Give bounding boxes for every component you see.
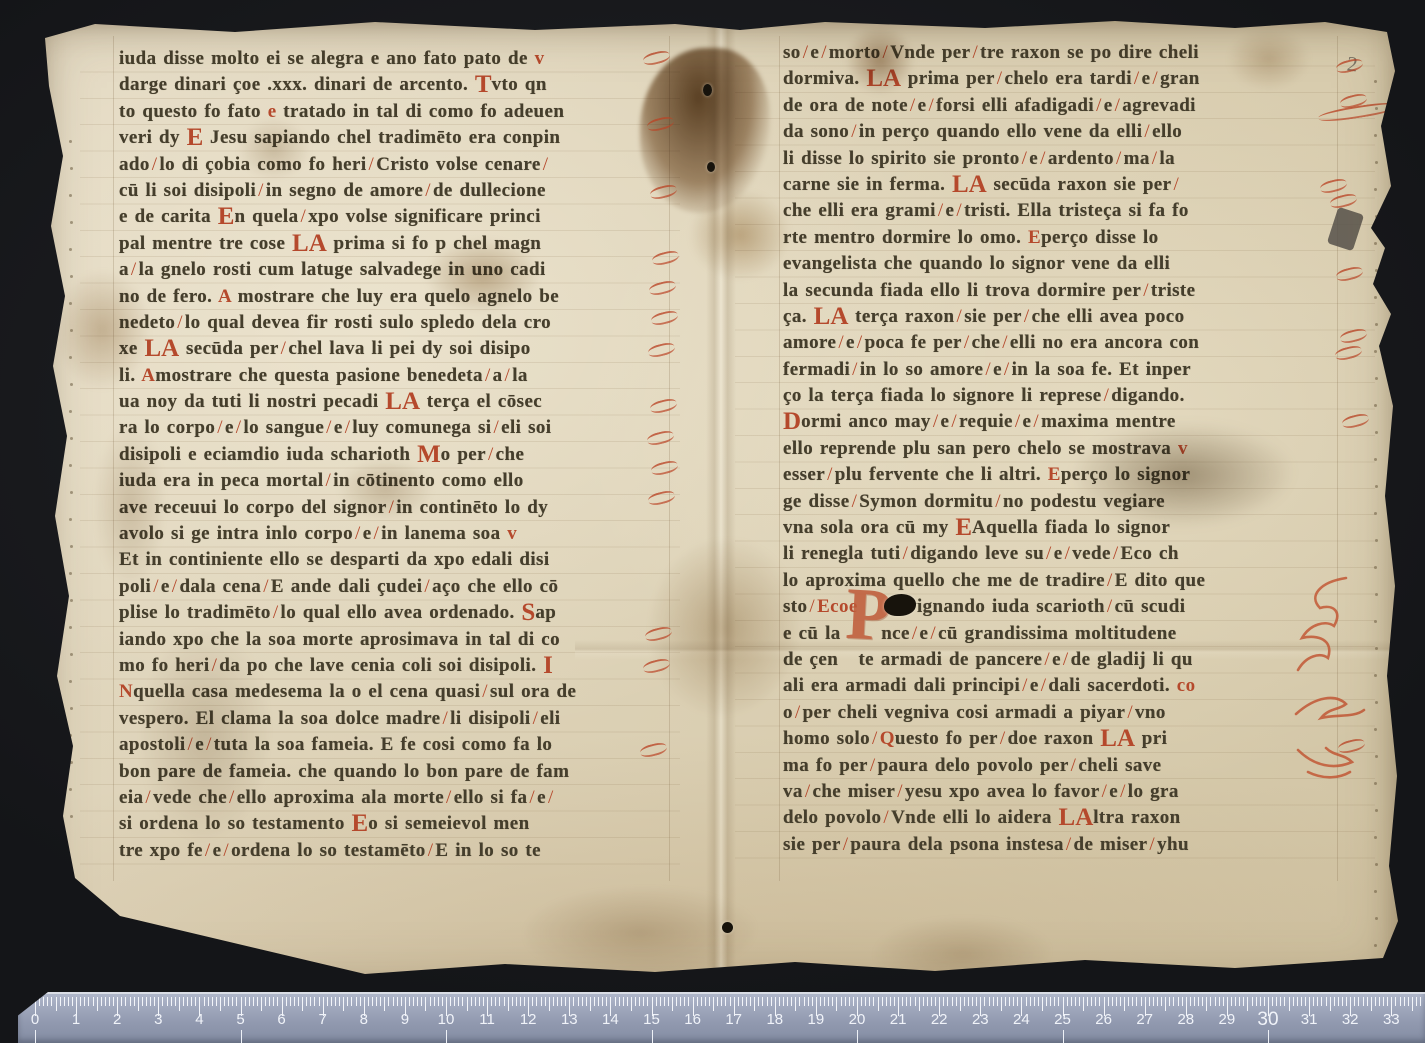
ruler-tick (1095, 997, 1096, 1006)
red-virgule: / (488, 444, 494, 465)
red-virgule: / (1033, 411, 1039, 432)
ink-text: elli no era ancora con (1010, 332, 1199, 353)
red-virgule: / (1066, 834, 1072, 855)
ruler-tick (393, 997, 394, 1006)
ink-text: disipoli e eciamdio iuda scharioth (119, 444, 417, 465)
ruler-label: 25 (1046, 1011, 1080, 1028)
ink-text: che miser (813, 781, 896, 802)
text-line: no de fero. A mostrare che luy era quelo… (119, 284, 675, 310)
ruler-tick (1289, 997, 1290, 1011)
ruler-tick (812, 997, 813, 1006)
ruler-tick (253, 997, 254, 1006)
ruler-tick (688, 997, 689, 1006)
wormhole (703, 84, 712, 96)
ruler-tick (684, 997, 685, 1006)
text-line: darge dinari çoe .xxx. dinari de arcento… (119, 72, 675, 98)
ruler-tick (656, 997, 657, 1006)
ruler-tick (1256, 997, 1257, 1006)
ink-text: vede (1072, 543, 1111, 564)
red-initial: S (521, 599, 535, 626)
ruler-label: 12 (511, 1011, 545, 1028)
ruler-tick (1206, 997, 1207, 1011)
red-virgule: / (1000, 728, 1006, 749)
red-virgule: / (883, 807, 889, 828)
ruler-tick (97, 997, 98, 1011)
ruler-tick (1198, 997, 1199, 1006)
pricking-hole (69, 518, 72, 521)
red-virgule: / (1152, 148, 1158, 169)
ruler-tick (754, 997, 755, 1011)
ruler-tick (1157, 997, 1158, 1006)
pricking-hole (1374, 404, 1377, 407)
ruler-tick (742, 997, 743, 1006)
ink-text: Vnde per (890, 42, 970, 63)
pricking-hole (1375, 161, 1378, 164)
ruler-tick (853, 997, 854, 1006)
ruler-label: 20 (840, 1011, 874, 1028)
ruler-tick (298, 997, 299, 1006)
ink-text: vto qn (492, 74, 547, 95)
ruler-tick (277, 997, 278, 1006)
ruler-label: 21 (881, 1011, 915, 1028)
red-virgule: / (425, 180, 431, 201)
ruler-tick (1054, 997, 1055, 1006)
ink-text: maxima mentre (1041, 411, 1176, 432)
ruler-label: 9 (388, 1011, 422, 1028)
ruler-tick (1108, 997, 1109, 1006)
ruler-tick (1400, 997, 1401, 1006)
ink-text: digando leve su (910, 543, 1044, 564)
ruler-tick (832, 997, 833, 1006)
ink-text: tuta la soa fameia. E fe cosi como fa lo (214, 734, 553, 755)
pricking-hole (70, 545, 73, 548)
pricking-hole (1374, 836, 1377, 839)
red-initial: LA (814, 303, 849, 330)
ink-text: to questo fo fato (119, 101, 268, 122)
ink-text: e (1030, 675, 1039, 696)
ruler-tick (224, 997, 225, 1006)
ruler-tick (125, 997, 126, 1006)
pricking-hole (1375, 323, 1378, 326)
ink-text: ço la terça fiada lo signore li represe (783, 385, 1102, 406)
ruler-tick (64, 997, 65, 1006)
rubricated-text: A (218, 286, 231, 307)
pricking-hole (1374, 890, 1377, 893)
text-line: ça. LA terça raxon/sie per/che elli avea… (783, 304, 1343, 330)
ruler-label: 6 (265, 1011, 299, 1028)
ink-text: agrevadi (1122, 95, 1196, 116)
ruler-tick (1247, 997, 1248, 1011)
text-line: bon pare de fameia. che quando lo bon pa… (119, 759, 675, 785)
ruler-tick (1326, 997, 1327, 1006)
red-virgule: / (153, 576, 159, 597)
red-virgule: / (951, 411, 957, 432)
ink-text: e (363, 523, 372, 544)
ruler-tick (795, 997, 796, 1011)
red-virgule: / (217, 417, 223, 438)
text-line: amore/e/poca fe per/che/elli no era anco… (783, 330, 1343, 356)
ruler-tick (1231, 997, 1232, 1006)
ruler-tick (150, 997, 151, 1006)
pricking-hole (70, 167, 73, 170)
rubricated-text: co (1177, 675, 1196, 696)
ruler-tick (368, 997, 369, 1006)
ruler-tick (1243, 997, 1244, 1006)
ruler-label: 22 (922, 1011, 956, 1028)
rubricated-text: N (119, 681, 133, 702)
ruler-tick (964, 997, 965, 1006)
ink-text: mo fo heri (119, 655, 210, 676)
ink-text: xe (119, 338, 144, 359)
ruler-tick (709, 997, 710, 1006)
ruler-tick (1379, 997, 1380, 1006)
ruler-tick (857, 1030, 858, 1043)
red-virgule: / (852, 359, 858, 380)
ink-text: vespero. El clama la soa dolce madre (119, 708, 440, 729)
pricking-hole (1375, 431, 1378, 434)
red-virgule: / (369, 154, 375, 175)
ruler-tick (372, 997, 373, 1006)
ink-text: apostoli (119, 734, 186, 755)
text-line: Et in continiente ello se desparti da xp… (119, 547, 675, 573)
ruler-tick (804, 997, 805, 1006)
red-virgule: / (1134, 68, 1140, 89)
ruler-label: 11 (470, 1011, 504, 1028)
pricking-hole (69, 410, 72, 413)
ink-text: carne sie in ferma. (783, 174, 952, 195)
ruler-tick (841, 997, 842, 1006)
ruler-tick (730, 997, 731, 1006)
ruler-tick (1063, 1030, 1064, 1043)
ruler-tick (943, 997, 944, 1006)
ruler-tick (397, 997, 398, 1006)
ink-speck (44, 878, 48, 882)
ruler-tick (1034, 997, 1035, 1006)
ink-text: da sono (783, 121, 849, 142)
ruler-tick (602, 997, 603, 1006)
red-virgule: / (972, 42, 978, 63)
text-line: vna sola ora cū my EAquella fiada lo sig… (783, 515, 1343, 541)
text-line: evangelista che quando lo signor vene da… (783, 251, 1343, 277)
red-virgule: / (442, 708, 448, 729)
red-virgule: / (212, 655, 218, 676)
ruler-tick (713, 997, 714, 1011)
text-line: nedeto/lo qual devea fir rosti sulo sple… (119, 310, 675, 336)
ruler-tick (910, 997, 911, 1006)
red-virgule: / (301, 206, 307, 227)
ruler-tick (1383, 997, 1384, 1006)
ruler-tick (1087, 997, 1088, 1006)
red-initial: LA (144, 335, 179, 362)
ink-text: tre raxon se po dire cheli (980, 42, 1199, 63)
ruler-tick (351, 997, 352, 1006)
ruler-tick (1354, 997, 1355, 1006)
ruler-tick (1330, 997, 1331, 1011)
ruler-tick (1371, 997, 1372, 1011)
ink-text: Symon dormitu (859, 491, 993, 512)
ink-text: e (1054, 543, 1063, 564)
pricking-hole (1374, 566, 1377, 569)
ruler-label: 14 (593, 1011, 627, 1028)
ink-text: e (993, 359, 1002, 380)
ruler-tick (1017, 997, 1018, 1006)
ink-text: pal mentre tre cose (119, 233, 292, 254)
ruler-tick (47, 997, 48, 1006)
ink-text: a (493, 365, 503, 386)
ruler-tick (1067, 997, 1068, 1006)
ruler-tick (175, 997, 176, 1006)
ruler-tick (512, 997, 513, 1006)
ink-text: ua noy da tuti li nostri pecadi (119, 391, 385, 412)
ink-text: aço che ello cō (432, 576, 558, 597)
ruler-tick (627, 997, 628, 1006)
ruler-tick (997, 997, 998, 1006)
ink-text: o si semeievol men (368, 813, 529, 834)
text-line: e de carita En quela/xpo volse significa… (119, 204, 675, 230)
ink-text: avolo si ge intra inlo corpo (119, 523, 353, 544)
red-virgule: / (145, 787, 151, 808)
ink-text: la (1159, 148, 1175, 169)
red-virgule: / (903, 543, 909, 564)
ruler-tick (1153, 997, 1154, 1006)
red-virgule: / (821, 42, 827, 63)
ruler-tick (442, 997, 443, 1006)
pricking-hole (69, 356, 72, 359)
ruler-tick (409, 997, 410, 1006)
pricking-hole (1374, 242, 1377, 245)
ink-text: yhu (1157, 834, 1189, 855)
text-line: da sono/in perço quando ello vene da ell… (783, 119, 1343, 145)
ruler-tick (1219, 997, 1220, 1006)
ruler-tick (508, 997, 509, 1011)
ink-text: Et in continiente ello se desparti da xp… (119, 549, 550, 570)
red-virgule: / (1022, 148, 1028, 169)
text-line: va/che miser/yesu xpo avea lo favor/e/lo… (783, 779, 1343, 805)
ink-text: dala cena (179, 576, 261, 597)
ruler-tick (536, 997, 537, 1006)
ruler-tick (1116, 997, 1117, 1006)
pricking-hole (69, 788, 72, 791)
large-initial-p: P (844, 577, 893, 653)
ruler-tick (927, 997, 928, 1006)
ink-text: morto (829, 42, 881, 63)
ruler-tick (35, 1030, 36, 1043)
ink-text: e (213, 840, 222, 861)
text-line: iando xpo che la soa morte aprosimava in… (119, 627, 675, 653)
pricking-hole (70, 383, 73, 386)
ink-text: che elli avea poco (1032, 306, 1185, 327)
red-virgule: / (1015, 411, 1021, 432)
red-virgule: / (1149, 834, 1155, 855)
ruler-tick (869, 997, 870, 1006)
ruler-tick (993, 997, 994, 1006)
ink-text: mostrare che questa pasione benedeta (155, 365, 483, 386)
red-virgule: / (827, 464, 833, 485)
ink-text: e (225, 417, 234, 438)
ruler-tick (783, 997, 784, 1006)
ruler-label: 16 (676, 1011, 710, 1028)
pricking-hole (1374, 458, 1377, 461)
ruler-label: 27 (1128, 1011, 1162, 1028)
text-line: eia/vede che/ello aproxima ala morte/ell… (119, 785, 675, 811)
ink-text: iando xpo che la soa morte aprosimava in… (119, 629, 560, 650)
text-line: vespero. El clama la soa dolce madre/li … (119, 706, 675, 732)
ruler-tick (791, 997, 792, 1006)
text-line: la secunda fiada ello li trova dormire p… (783, 278, 1343, 304)
ruler-tick (162, 997, 163, 1006)
pricking-hole (1374, 512, 1377, 515)
red-initial: LA (1059, 804, 1094, 831)
ruler-tick (1120, 997, 1121, 1006)
ink-text: ordena lo so testamēto (231, 840, 426, 861)
ink-text: la gnelo rosti cum latuge salvadege in u… (139, 259, 546, 280)
ruler-tick (594, 997, 595, 1006)
red-virgule: / (1065, 543, 1071, 564)
ruler-tick (1165, 997, 1166, 1011)
ruler-tick (590, 997, 591, 1011)
ruler-tick (849, 997, 850, 1006)
ink-text: poli (119, 576, 151, 597)
red-virgule: / (263, 576, 269, 597)
text-line: xe LA secūda per/chel lava li pei dy soi… (119, 336, 675, 362)
ruler-tick (1358, 997, 1359, 1006)
red-virgule: / (485, 365, 491, 386)
rubricated-text: v (507, 523, 517, 544)
ruler-tick (212, 997, 213, 1006)
ruler-tick (1297, 997, 1298, 1006)
ruler-tick (294, 997, 295, 1006)
ink-text: e (537, 787, 546, 808)
ink-text: pri (1135, 728, 1167, 749)
ink-text: amore (783, 332, 836, 353)
text-line: li disse lo spirito sie pronto/e/ardento… (783, 146, 1343, 172)
text-line: Dormi anco may/e/requie/e/maxima mentre (783, 409, 1343, 435)
ruler-tick (446, 1030, 447, 1043)
ruler-tick (1141, 997, 1142, 1006)
ink-text: esser (783, 464, 825, 485)
ink-text: e cū la (783, 623, 841, 644)
pricking-hole (70, 599, 73, 602)
pricking-hole (70, 329, 73, 332)
red-virgule: / (236, 417, 242, 438)
pricking-hole (70, 437, 73, 440)
ruler-tick (113, 997, 114, 1006)
ink-text: o (783, 702, 793, 723)
ruler-tick (142, 997, 143, 1006)
ruler-tick (1149, 997, 1150, 1006)
ruler-tick (1321, 997, 1322, 1006)
ruler-tick (327, 997, 328, 1006)
stain (875, 918, 1050, 990)
ink-text: e (1052, 649, 1061, 670)
red-virgule: / (928, 95, 934, 116)
ink-text: in continēto lo dy (396, 497, 548, 518)
ink-text: doe raxon (1008, 728, 1101, 749)
ruler-tick (746, 997, 747, 1006)
red-virgule: / (424, 576, 430, 597)
text-line: apostoli/e/tuta la soa fameia. E fe cosi… (119, 732, 675, 758)
ruler-tick (1210, 997, 1211, 1006)
pricking-hole (69, 680, 72, 683)
text-line: to questo fo fato e tratado in tal di co… (119, 99, 675, 125)
ruler-label: 18 (758, 1011, 792, 1028)
ink-text: ello reprende plu san pero chelo se most… (783, 438, 1178, 459)
text-line: esser/plu fervente che li altri. Eperço … (783, 462, 1343, 488)
ruler-label: 7 (306, 1011, 340, 1028)
ruler-tick (1128, 997, 1129, 1006)
pricking-hole (1375, 539, 1378, 542)
ruler-tick (1317, 997, 1318, 1006)
ruler-tick (647, 997, 648, 1006)
ruler-label: 2 (100, 1011, 134, 1028)
ruler-tick (450, 997, 451, 1006)
rubricated-text: E (1028, 227, 1041, 248)
ruler-tick (915, 997, 916, 1006)
ruler-tick (1420, 997, 1421, 1006)
ink-text: prima per (901, 68, 995, 89)
ruler-tick (273, 997, 274, 1006)
ruler-tick (261, 997, 262, 1011)
red-virgule: / (1144, 121, 1150, 142)
red-initial: LA (952, 171, 987, 198)
ruling-line (779, 36, 780, 881)
ruler-label: 32 (1333, 1011, 1367, 1028)
ruler-tick (1215, 997, 1216, 1006)
ruler: 0123456789101112131415161718192021222324… (18, 992, 1425, 1043)
ruler-tick (88, 997, 89, 1006)
ruler-tick (919, 997, 920, 1011)
text-line: ma fo per/paura delo povolo per/cheli sa… (783, 753, 1343, 779)
ruler-tick (1264, 997, 1265, 1006)
ruler-tick (430, 997, 431, 1006)
ink-text: de miser (1074, 834, 1148, 855)
red-virgule: / (883, 42, 889, 63)
ink-text: evangelista che quando lo signor vene da… (783, 253, 1170, 274)
red-virgule: / (1040, 148, 1046, 169)
red-virgule: / (838, 332, 844, 353)
ruler-tick (1030, 997, 1031, 1006)
ink-text: ello aproxima ala morte (237, 787, 444, 808)
ink-text: de çen (783, 649, 838, 670)
red-virgule: / (1002, 332, 1008, 353)
red-virgule: / (389, 497, 395, 518)
ink-text: n quela (234, 206, 298, 227)
ink-text: ormi anco may (801, 411, 931, 432)
ruler-tick (878, 997, 879, 1011)
ink-text: yesu xpo avea lo favor (905, 781, 1100, 802)
ink-text: tre xpo fe (119, 840, 203, 861)
ink-text: vno (1135, 702, 1166, 723)
ruler-tick (664, 997, 665, 1006)
red-virgule: / (206, 734, 212, 755)
ruler-tick (290, 997, 291, 1006)
red-virgule: / (281, 338, 287, 359)
ruler-tick (532, 997, 533, 1006)
ruler-tick (762, 997, 763, 1006)
ink-text: e (195, 734, 204, 755)
ink-text: per cheli vegniva cosi armadi a piyar (803, 702, 1126, 723)
ruler-tick (1124, 997, 1125, 1011)
ruler-tick (758, 997, 759, 1006)
ruler-tick (701, 997, 702, 1006)
ruler-tick (779, 997, 780, 1006)
ink-text: darge dinari çoe .xxx. dinari de arcento… (119, 74, 475, 95)
ruler-tick (565, 997, 566, 1006)
rubricated-text: v (535, 48, 545, 69)
ink-text: ltra raxon (1093, 807, 1180, 828)
ruler-tick (401, 997, 402, 1006)
ink-text: chel lava li pei dy soi disipo (288, 338, 530, 359)
